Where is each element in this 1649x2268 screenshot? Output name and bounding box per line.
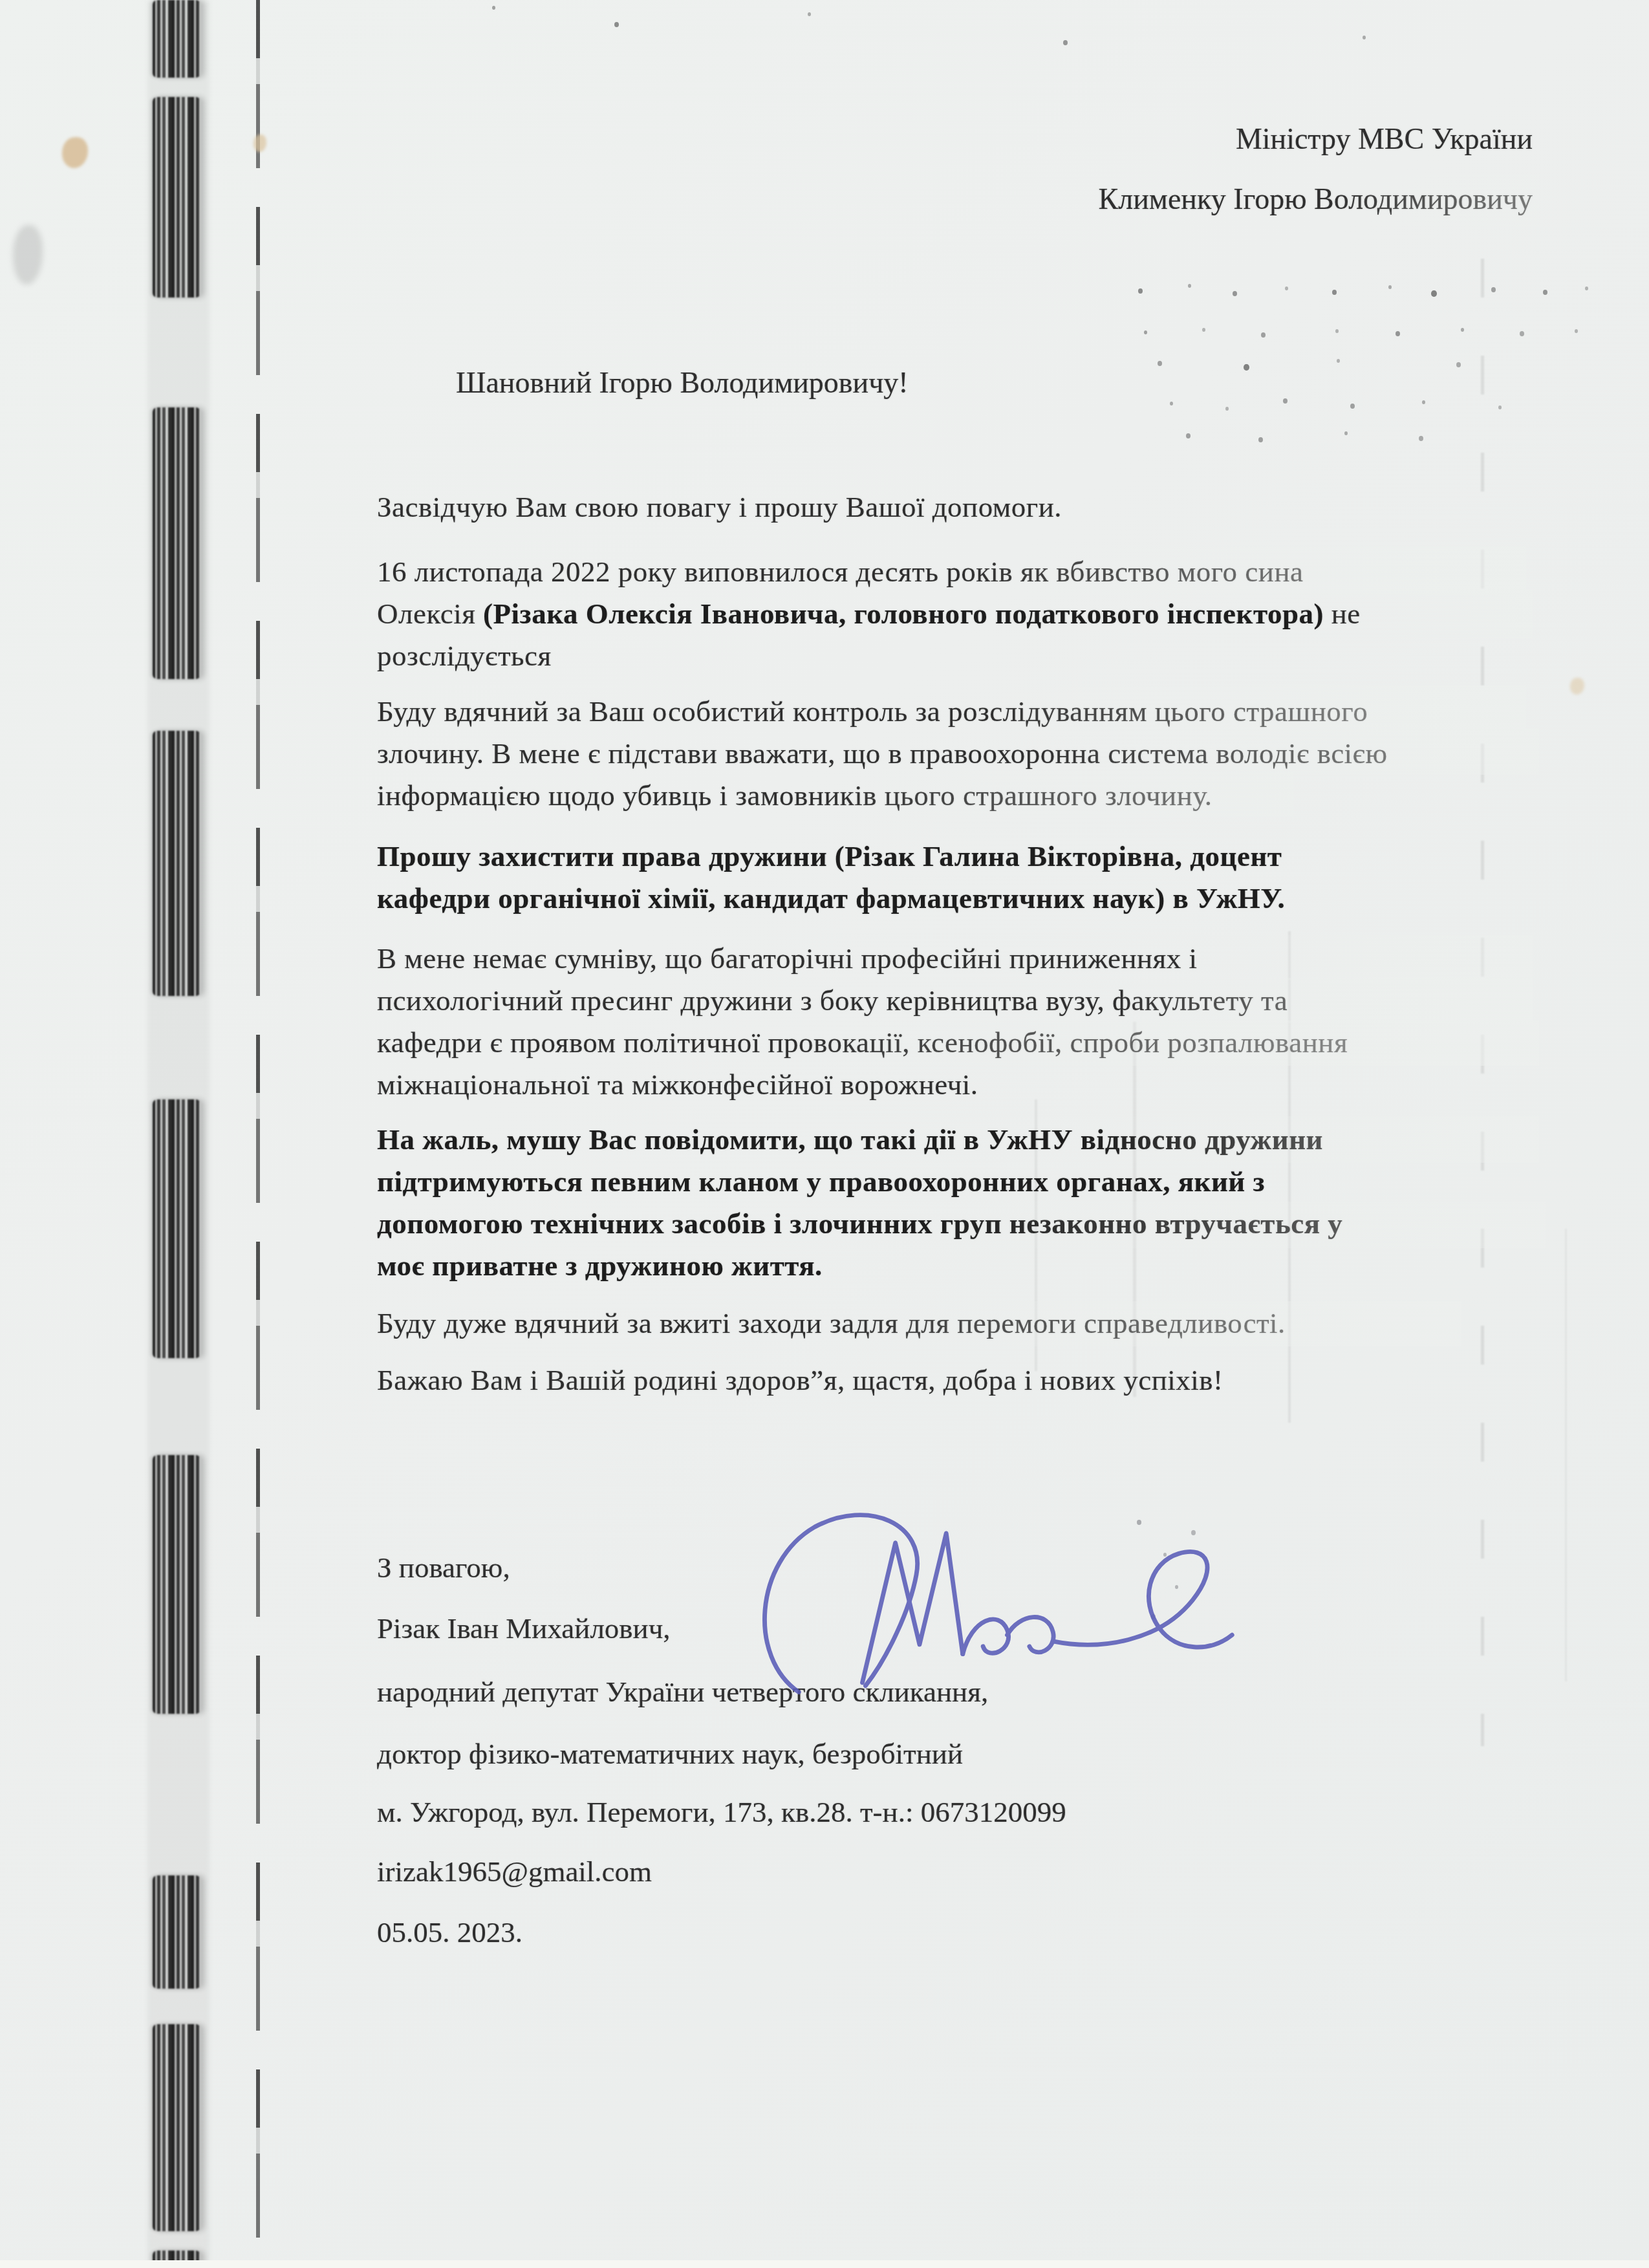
recipient-line: Міністру МВС України	[1099, 118, 1533, 160]
text-segment: психологічний пресинг дружини з боку кер…	[377, 984, 1288, 1017]
closing-line: irizak1965@gmail.com	[377, 1851, 652, 1892]
salutation: Шановний Ігорю Володимировичу!	[456, 362, 909, 404]
scan-binding-smudge	[153, 1875, 200, 1989]
paper-stain	[13, 225, 43, 285]
signature-zigzag	[863, 1533, 963, 1683]
letter-line: Олексія (Різака Олексія Івановича, голов…	[377, 593, 1535, 635]
paragraph: Прошу захистити права дружини (Різак Гал…	[377, 836, 1535, 920]
paragraph: На жаль, мушу Вас повідомити, що такі ді…	[377, 1119, 1535, 1287]
signature-squiggle	[963, 1617, 1053, 1654]
letter-line: Засвідчую Вам свою повагу і прошу Вашої …	[377, 486, 1535, 528]
paper-stain	[253, 135, 266, 152]
text-segment: В мене немає сумніву, що багаторічні про…	[377, 942, 1198, 975]
text-segment: допомогою технічних засобів і злочинних …	[377, 1207, 1342, 1240]
letter-line: підтримуються певним кланом у правоохоро…	[377, 1161, 1535, 1203]
letter-line: В мене немає сумніву, що багаторічні про…	[377, 938, 1535, 980]
letter-line: психологічний пресинг дружини з боку кер…	[377, 980, 1535, 1022]
text-segment: інформацією щодо убивць і замовників цьо…	[377, 779, 1212, 812]
recipient-line: Клименку Ігорю Володимировичу	[1099, 178, 1533, 220]
letter-line: інформацією щодо убивць і замовників цьо…	[377, 775, 1535, 817]
paper-stain	[62, 137, 88, 168]
text-segment: моє приватне з дружиною життя.	[377, 1249, 823, 1282]
scan-binding-smudge	[153, 407, 200, 679]
letter-line: На жаль, мушу Вас повідомити, що такі ді…	[377, 1119, 1535, 1161]
paragraph: Бажаю Вам і Вашій родині здоров”я, щастя…	[377, 1359, 1535, 1401]
recipient-block: Міністру МВС України Клименку Ігорю Воло…	[1099, 118, 1533, 220]
closing-line: м. Ужгород, вул. Перемоги, 173, кв.28. т…	[377, 1791, 1066, 1833]
text-segment: міжнаціональної та міжконфесійної ворожн…	[377, 1068, 978, 1101]
signature	[734, 1495, 1245, 1711]
scan-bottom-edge	[0, 2260, 1649, 2268]
paragraph: Засвідчую Вам свою повагу і прошу Вашої …	[377, 486, 1535, 528]
text-segment: (Різака Олексія Івановича, головного под…	[483, 598, 1324, 630]
closing-line: доктор фізико-математичних наук, безробі…	[377, 1733, 963, 1775]
photocopy-streak	[1565, 1229, 1567, 1681]
scan-vertical-line	[256, 0, 260, 2268]
text-segment: кафедри органічної хімії, кандидат фарма…	[377, 882, 1285, 914]
letter-line: кафедри є проявом політичної провокації,…	[377, 1022, 1535, 1064]
letter-line: міжнаціональної та міжконфесійної ворожн…	[377, 1064, 1535, 1106]
scan-binding-smudge	[153, 1099, 200, 1358]
text-segment: злочину. В мене є підстави вважати, що в…	[377, 737, 1388, 770]
paper-stain	[1570, 678, 1584, 695]
letter-line: моє приватне з дружиною життя.	[377, 1245, 1535, 1287]
closing-line: З повагою,	[377, 1547, 510, 1588]
paragraph: Буду дуже вдячний за вжиті заходи задля …	[377, 1302, 1535, 1345]
letter-line: злочину. В мене є підстави вважати, що в…	[377, 733, 1535, 775]
paragraph: Буду вдячний за Ваш особистий контроль з…	[377, 691, 1535, 817]
signature-tail	[1053, 1551, 1232, 1647]
closing-line: 05.05. 2023.	[377, 1912, 523, 1953]
scan-binding-smudge	[153, 0, 200, 78]
paragraph: В мене немає сумніву, що багаторічні про…	[377, 938, 1535, 1106]
letter-line: Бажаю Вам і Вашій родині здоров”я, щастя…	[377, 1359, 1535, 1401]
letter-line: Буду вдячний за Ваш особистий контроль з…	[377, 691, 1535, 733]
text-segment: не	[1324, 598, 1361, 630]
letter-line: допомогою технічних засобів і злочинних …	[377, 1203, 1535, 1245]
scan-binding-smudge	[153, 97, 200, 297]
text-segment: На жаль, мушу Вас повідомити, що такі ді…	[377, 1123, 1323, 1156]
text-segment: Олексія	[377, 598, 483, 630]
letter-line: 16 листопада 2022 року виповнилося десят…	[377, 551, 1535, 593]
scan-binding-smudge	[153, 731, 200, 996]
scan-binding-smudge	[153, 1455, 200, 1714]
scanned-letter-page: Міністру МВС України Клименку Ігорю Воло…	[0, 0, 1649, 2268]
scan-noise-specks	[0, 0, 2, 3]
text-segment: розслідується	[377, 640, 552, 672]
text-segment: Прошу захистити права дружини (Різак Гал…	[377, 840, 1282, 872]
paragraph: 16 листопада 2022 року виповнилося десят…	[377, 551, 1535, 677]
text-segment: Буду дуже вдячний за вжиті заходи задля …	[377, 1307, 1286, 1339]
text-segment: 16 листопада 2022 року виповнилося десят…	[377, 556, 1303, 588]
text-segment: Бажаю Вам і Вашій родині здоров”я, щастя…	[377, 1364, 1223, 1396]
text-segment: Засвідчую Вам свою повагу і прошу Вашої …	[377, 491, 1062, 523]
text-segment: підтримуються певним кланом у правоохоро…	[377, 1165, 1265, 1198]
text-segment: Буду вдячний за Ваш особистий контроль з…	[377, 695, 1368, 728]
scan-binding-smudge	[153, 2024, 200, 2231]
letter-line: кафедри органічної хімії, кандидат фарма…	[377, 878, 1535, 920]
letter-line: Прошу захистити права дружини (Різак Гал…	[377, 836, 1535, 878]
text-segment: кафедри є проявом політичної провокації,…	[377, 1026, 1348, 1059]
letter-line: розслідується	[377, 635, 1535, 677]
closing-line: Різак Іван Михайлович,	[377, 1608, 671, 1649]
letter-line: Буду дуже вдячний за вжиті заходи задля …	[377, 1302, 1535, 1345]
